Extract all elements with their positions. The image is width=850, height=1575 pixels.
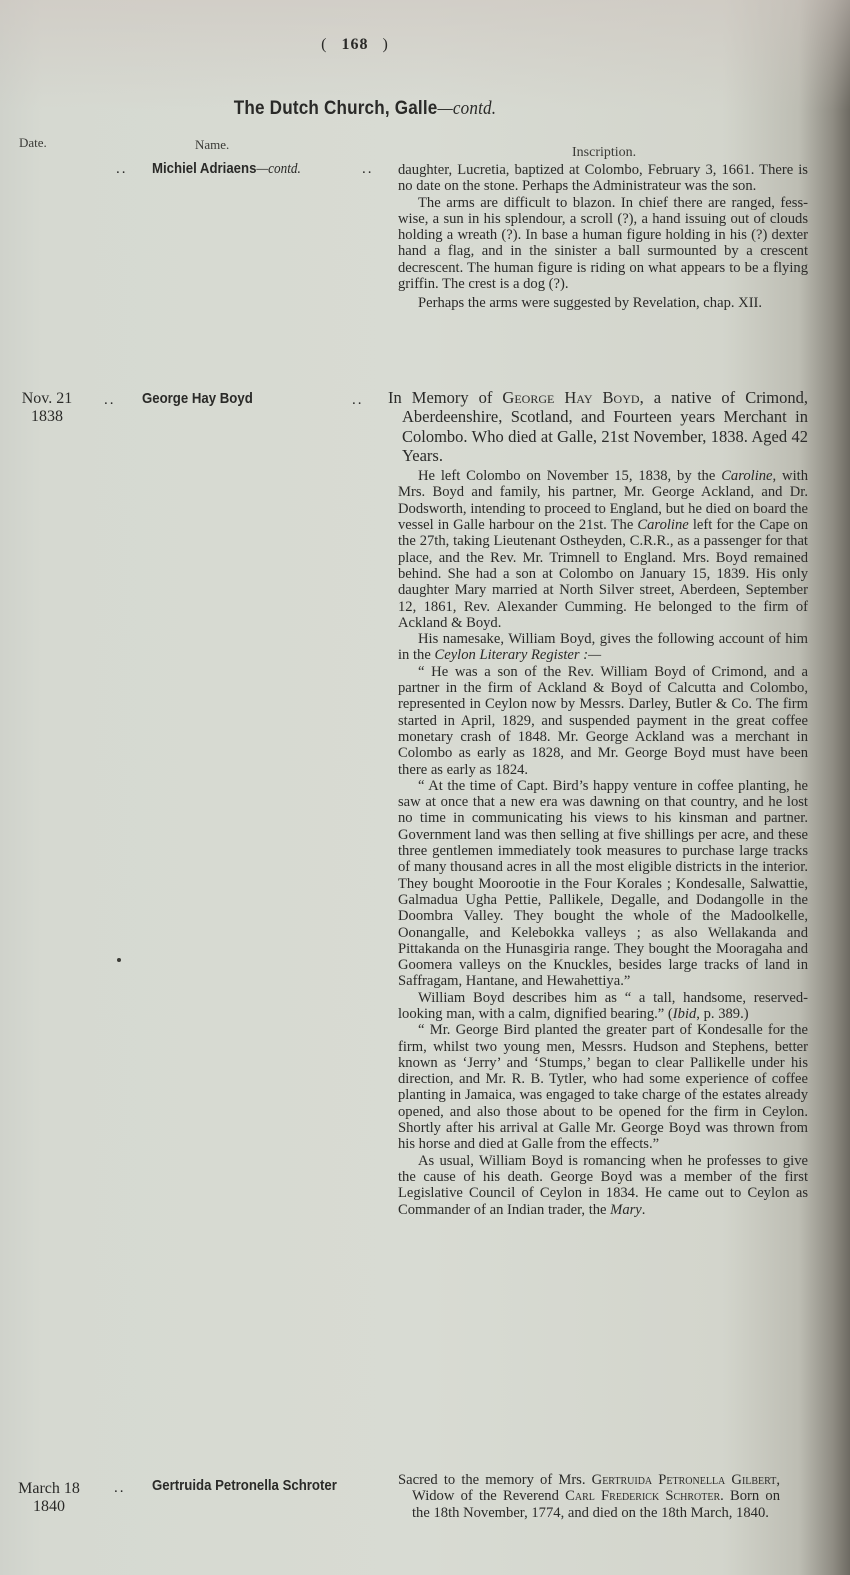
leader-dots: .. xyxy=(362,161,374,178)
column-header-date: Date. xyxy=(19,135,47,151)
deceased-name: George Hay Boyd xyxy=(502,388,639,407)
page-number: (168) xyxy=(0,36,710,54)
ship-name: Caroline xyxy=(637,517,688,533)
paragraph: As usual, William Boyd is romancing when… xyxy=(398,1153,808,1218)
page-number-value: 168 xyxy=(342,36,369,53)
text: He left Colombo on November 15, 1838, by… xyxy=(418,468,721,484)
entry-date: March 18 1840 xyxy=(10,1480,88,1516)
page-title: The Dutch Church, Galle—contd. xyxy=(37,98,694,120)
paragraph: daughter, Lucretia, baptized at Colombo,… xyxy=(398,162,808,195)
date-year: 1838 xyxy=(12,408,82,426)
leader-dots: .. xyxy=(104,392,116,409)
name-text: Michiel Adriaens xyxy=(152,160,256,177)
source-title: Ceylon Literary Register xyxy=(434,647,579,663)
epitaph-text: In Memory of George Hay Boyd, a native o… xyxy=(388,388,808,465)
page-discoloration xyxy=(0,0,850,110)
text: :— xyxy=(580,647,602,663)
text: left for the Cape on the 27th, taking Li… xyxy=(398,517,808,631)
text: , p. 389.) xyxy=(696,1006,748,1022)
text: As usual, William Boyd is romancing when… xyxy=(398,1153,808,1218)
paragraph: William Boyd describes him as “ a tall, … xyxy=(398,990,808,1023)
leader-dots: .. xyxy=(352,392,364,409)
paren-open: ( xyxy=(321,36,327,53)
date-day: March 18 xyxy=(10,1480,88,1498)
date-year: 1840 xyxy=(10,1498,88,1516)
paragraph: He left Colombo on November 15, 1838, by… xyxy=(398,468,808,631)
leader-dots: .. xyxy=(116,161,128,178)
commentary: He left Colombo on November 15, 1838, by… xyxy=(388,468,808,1218)
paragraph: Perhaps the arms were suggested by Revel… xyxy=(398,295,808,311)
husband-name: Carl Frederick Schroter xyxy=(565,1488,720,1504)
paren-close: ) xyxy=(383,36,389,53)
inscription-text: In Memory of George Hay Boyd, a native o… xyxy=(388,388,808,1218)
column-header-name: Name. xyxy=(195,137,229,153)
paragraph: “ Mr. George Bird planted the greater pa… xyxy=(398,1022,808,1152)
column-header-inscription: Inscription. xyxy=(572,145,636,161)
text: . xyxy=(642,1202,646,1218)
inscription-text: Sacred to the memory of Mrs. Gertruida P… xyxy=(398,1472,780,1521)
deceased-name: Gertruida Petronella Gilbert xyxy=(592,1472,777,1488)
entry-date: Nov. 21 1838 xyxy=(12,390,82,426)
title-suffix: —contd. xyxy=(437,98,496,119)
title-main: The Dutch Church, Galle xyxy=(234,98,438,119)
date-day: Nov. 21 xyxy=(12,390,82,408)
text: Sacred to the memory of Mrs. xyxy=(398,1472,592,1488)
leader-dots: .. xyxy=(114,1480,126,1497)
ship-name: Mary xyxy=(610,1202,642,1218)
paragraph: His namesake, William Boyd, gives the fo… xyxy=(398,631,808,664)
text: In Memory of xyxy=(388,388,502,407)
ship-name: Caroline xyxy=(721,468,772,484)
entry-name: George Hay Boyd xyxy=(142,390,253,407)
entry-name: Gertruida Petronella Schroter xyxy=(152,1477,337,1494)
name-suffix: —contd. xyxy=(256,161,300,177)
paragraph: The arms are difficult to blazon. In chi… xyxy=(398,195,808,293)
inscription-text: daughter, Lucretia, baptized at Colombo,… xyxy=(398,162,808,312)
epitaph: In Memory of George Hay Boyd, a native o… xyxy=(388,388,808,465)
paragraph: “ At the time of Capt. Bird’s happy vent… xyxy=(398,778,808,990)
entry-name: Michiel Adriaens—contd. xyxy=(152,160,301,178)
ibid: Ibid xyxy=(673,1006,697,1022)
ink-speck xyxy=(117,958,121,962)
epitaph-text: Sacred to the memory of Mrs. Gertruida P… xyxy=(398,1472,780,1521)
paragraph: “ He was a son of the Rev. William Boyd … xyxy=(398,664,808,778)
